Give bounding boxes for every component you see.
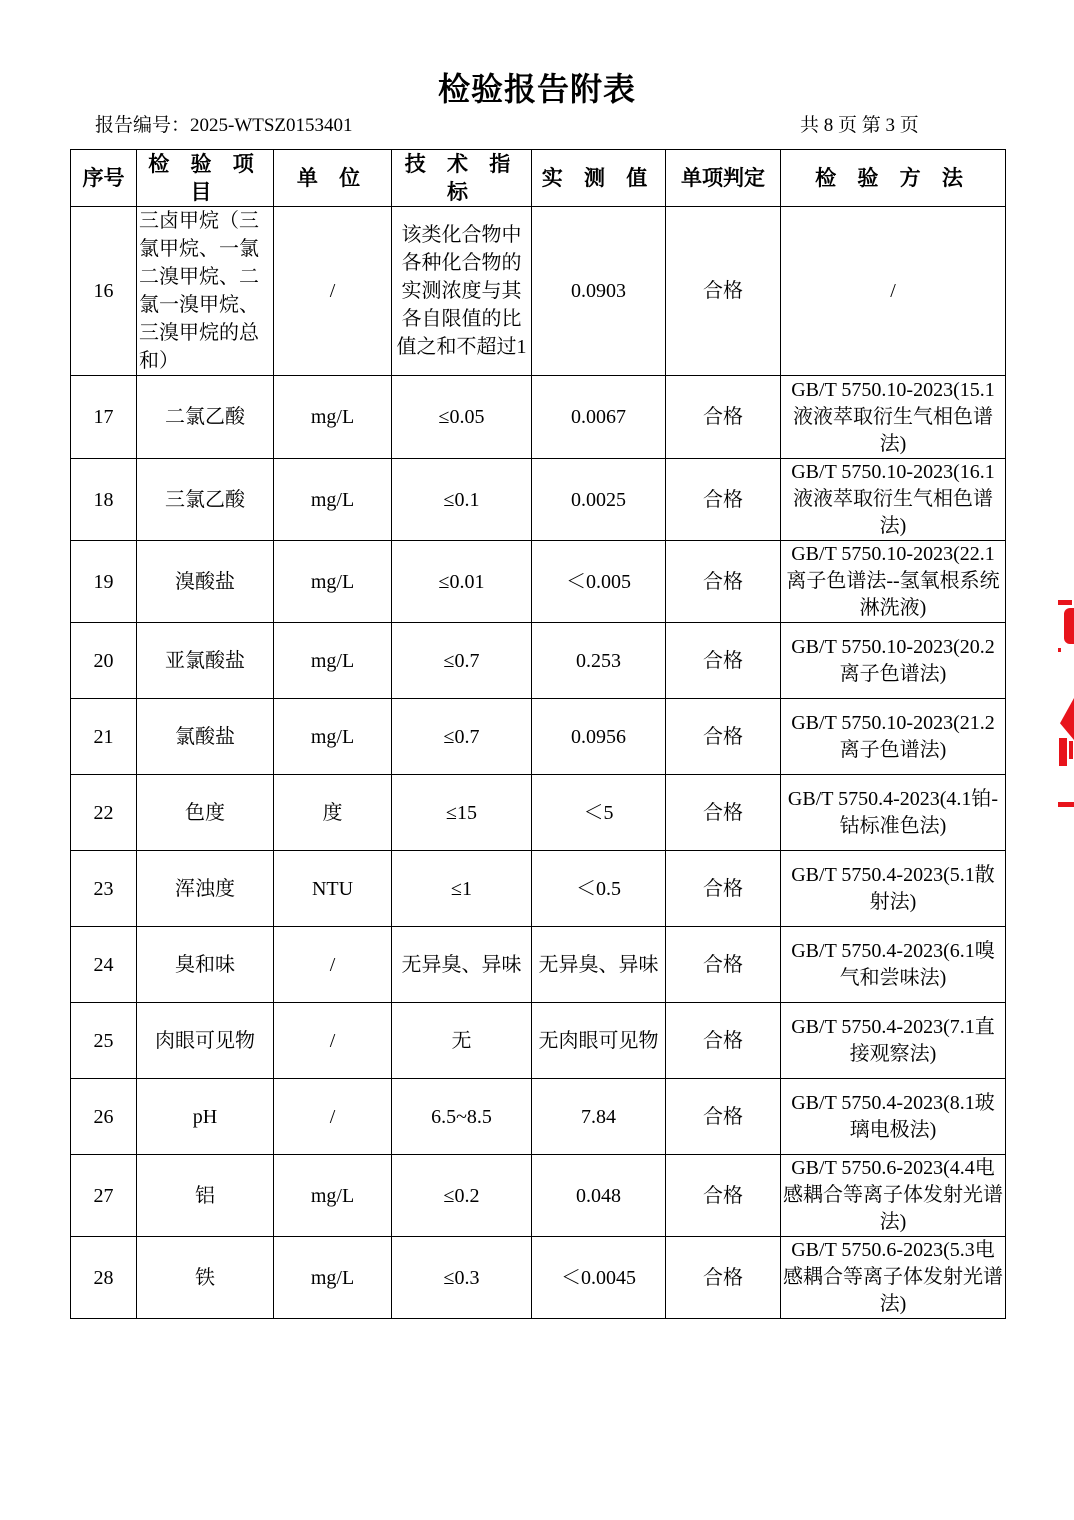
cell-no: 28	[71, 1237, 137, 1319]
cell-limit: ≤0.3	[392, 1237, 532, 1319]
cell-method: GB/T 5750.6-2023(4.4电感耦合等离子体发射光谱法)	[781, 1155, 1006, 1237]
cell-method: GB/T 5750.4-2023(4.1铂-钴标准色法)	[781, 775, 1006, 851]
cell-judge: 合格	[666, 1237, 781, 1319]
cell-judge: 合格	[666, 775, 781, 851]
cell-value: 0.0903	[532, 207, 666, 376]
cell-no: 25	[71, 1003, 137, 1079]
cell-limit: ≤0.2	[392, 1155, 532, 1237]
cell-no: 22	[71, 775, 137, 851]
cell-no: 20	[71, 623, 137, 699]
page-title: 检验报告附表	[0, 64, 1074, 110]
cell-method: GB/T 5750.10-2023(15.1液液萃取衍生气相色谱法)	[781, 376, 1006, 459]
col-header-method: 检 验 方 法	[781, 150, 1006, 207]
cell-value: ＜5	[532, 775, 666, 851]
results-table: 序号 检 验 项 目 单 位 技 术 指 标 实 测 值 单项判定 检 验 方 …	[70, 149, 1006, 1319]
cell-judge: 合格	[666, 851, 781, 927]
cell-value: 7.84	[532, 1079, 666, 1155]
table-row: 17二氯乙酸mg/L≤0.050.0067合格GB/T 5750.10-2023…	[71, 376, 1006, 459]
cell-method: GB/T 5750.4-2023(6.1嗅气和尝味法)	[781, 927, 1006, 1003]
table-header-row: 序号 检 验 项 目 单 位 技 术 指 标 实 测 值 单项判定 检 验 方 …	[71, 150, 1006, 207]
table-row: 26pH/6.5~8.57.84合格GB/T 5750.4-2023(8.1玻璃…	[71, 1079, 1006, 1155]
col-header-unit: 单 位	[274, 150, 392, 207]
cell-method: GB/T 5750.10-2023(22.1离子色谱法--氢氧根系统淋洗液)	[781, 541, 1006, 623]
table-row: 24臭和味/无异臭、异味无异臭、异味合格GB/T 5750.4-2023(6.1…	[71, 927, 1006, 1003]
cell-limit: ≤1	[392, 851, 532, 927]
cell-judge: 合格	[666, 1003, 781, 1079]
cell-judge: 合格	[666, 623, 781, 699]
cell-method: /	[781, 207, 1006, 376]
cell-judge: 合格	[666, 207, 781, 376]
cell-item: 色度	[137, 775, 274, 851]
cell-unit: mg/L	[274, 459, 392, 541]
cell-limit: 6.5~8.5	[392, 1079, 532, 1155]
cell-limit: 无异臭、异味	[392, 927, 532, 1003]
cell-item: 浑浊度	[137, 851, 274, 927]
red-seal-stamp	[1056, 598, 1074, 813]
cell-method: GB/T 5750.4-2023(8.1玻璃电极法)	[781, 1079, 1006, 1155]
cell-judge: 合格	[666, 1155, 781, 1237]
table-row: 16三卤甲烷（三氯甲烷、一氯二溴甲烷、二氯一溴甲烷、三溴甲烷的总和）/该类化合物…	[71, 207, 1006, 376]
cell-limit: ≤0.7	[392, 699, 532, 775]
cell-unit: 度	[274, 775, 392, 851]
table-row: 23浑浊度NTU≤1＜0.5合格GB/T 5750.4-2023(5.1散射法)	[71, 851, 1006, 927]
cell-item: 亚氯酸盐	[137, 623, 274, 699]
cell-unit: NTU	[274, 851, 392, 927]
cell-value: 0.048	[532, 1155, 666, 1237]
cell-no: 19	[71, 541, 137, 623]
cell-item: 臭和味	[137, 927, 274, 1003]
cell-limit: ≤15	[392, 775, 532, 851]
col-header-no: 序号	[71, 150, 137, 207]
cell-limit: ≤0.1	[392, 459, 532, 541]
cell-value: 0.0067	[532, 376, 666, 459]
table-row: 27铝mg/L≤0.20.048合格GB/T 5750.6-2023(4.4电感…	[71, 1155, 1006, 1237]
col-header-value: 实 测 值	[532, 150, 666, 207]
cell-judge: 合格	[666, 376, 781, 459]
cell-limit: ≤0.7	[392, 623, 532, 699]
cell-unit: /	[274, 207, 392, 376]
table-row: 19溴酸盐mg/L≤0.01＜0.005合格GB/T 5750.10-2023(…	[71, 541, 1006, 623]
table-row: 28铁mg/L≤0.3＜0.0045合格GB/T 5750.6-2023(5.3…	[71, 1237, 1006, 1319]
cell-limit: ≤0.05	[392, 376, 532, 459]
cell-no: 16	[71, 207, 137, 376]
table-row: 25肉眼可见物/无无肉眼可见物合格GB/T 5750.4-2023(7.1直接观…	[71, 1003, 1006, 1079]
cell-item: pH	[137, 1079, 274, 1155]
cell-unit: mg/L	[274, 699, 392, 775]
cell-value: 0.0025	[532, 459, 666, 541]
table-row: 21氯酸盐mg/L≤0.70.0956合格GB/T 5750.10-2023(2…	[71, 699, 1006, 775]
table-row: 22色度度≤15＜5合格GB/T 5750.4-2023(4.1铂-钴标准色法)	[71, 775, 1006, 851]
cell-item: 溴酸盐	[137, 541, 274, 623]
col-header-limit: 技 术 指 标	[392, 150, 532, 207]
cell-no: 23	[71, 851, 137, 927]
report-number: 报告编号：2025-WTSZ0153401	[95, 110, 353, 137]
table-row: 18三氯乙酸mg/L≤0.10.0025合格GB/T 5750.10-2023(…	[71, 459, 1006, 541]
cell-unit: /	[274, 1003, 392, 1079]
cell-method: GB/T 5750.6-2023(5.3电感耦合等离子体发射光谱法)	[781, 1237, 1006, 1319]
cell-unit: mg/L	[274, 1155, 392, 1237]
table-row: 20亚氯酸盐mg/L≤0.70.253合格GB/T 5750.10-2023(2…	[71, 623, 1006, 699]
cell-method: GB/T 5750.4-2023(5.1散射法)	[781, 851, 1006, 927]
cell-item: 三氯乙酸	[137, 459, 274, 541]
cell-value: 0.0956	[532, 699, 666, 775]
cell-item: 氯酸盐	[137, 699, 274, 775]
cell-no: 24	[71, 927, 137, 1003]
cell-no: 26	[71, 1079, 137, 1155]
cell-method: GB/T 5750.10-2023(16.1液液萃取衍生气相色谱法)	[781, 459, 1006, 541]
cell-judge: 合格	[666, 699, 781, 775]
cell-no: 18	[71, 459, 137, 541]
cell-method: GB/T 5750.10-2023(21.2离子色谱法)	[781, 699, 1006, 775]
page-info: 共 8 页 第 3 页	[800, 110, 919, 137]
cell-unit: mg/L	[274, 541, 392, 623]
cell-method: GB/T 5750.4-2023(7.1直接观察法)	[781, 1003, 1006, 1079]
cell-item: 三卤甲烷（三氯甲烷、一氯二溴甲烷、二氯一溴甲烷、三溴甲烷的总和）	[137, 207, 274, 376]
cell-item: 铁	[137, 1237, 274, 1319]
col-header-judge: 单项判定	[666, 150, 781, 207]
cell-unit: mg/L	[274, 376, 392, 459]
cell-value: 0.253	[532, 623, 666, 699]
cell-limit: ≤0.01	[392, 541, 532, 623]
cell-limit: 该类化合物中各种化合物的实测浓度与其各自限值的比值之和不超过1	[392, 207, 532, 376]
cell-unit: /	[274, 927, 392, 1003]
cell-value: 无异臭、异味	[532, 927, 666, 1003]
cell-limit: 无	[392, 1003, 532, 1079]
cell-no: 21	[71, 699, 137, 775]
cell-unit: mg/L	[274, 1237, 392, 1319]
cell-no: 17	[71, 376, 137, 459]
cell-judge: 合格	[666, 541, 781, 623]
cell-judge: 合格	[666, 459, 781, 541]
cell-item: 肉眼可见物	[137, 1003, 274, 1079]
cell-judge: 合格	[666, 927, 781, 1003]
cell-value: ＜0.5	[532, 851, 666, 927]
cell-method: GB/T 5750.10-2023(20.2离子色谱法)	[781, 623, 1006, 699]
cell-item: 铝	[137, 1155, 274, 1237]
cell-value: ＜0.0045	[532, 1237, 666, 1319]
cell-judge: 合格	[666, 1079, 781, 1155]
cell-value: ＜0.005	[532, 541, 666, 623]
cell-no: 27	[71, 1155, 137, 1237]
cell-value: 无肉眼可见物	[532, 1003, 666, 1079]
cell-item: 二氯乙酸	[137, 376, 274, 459]
col-header-item: 检 验 项 目	[137, 150, 274, 207]
cell-unit: mg/L	[274, 623, 392, 699]
cell-unit: /	[274, 1079, 392, 1155]
